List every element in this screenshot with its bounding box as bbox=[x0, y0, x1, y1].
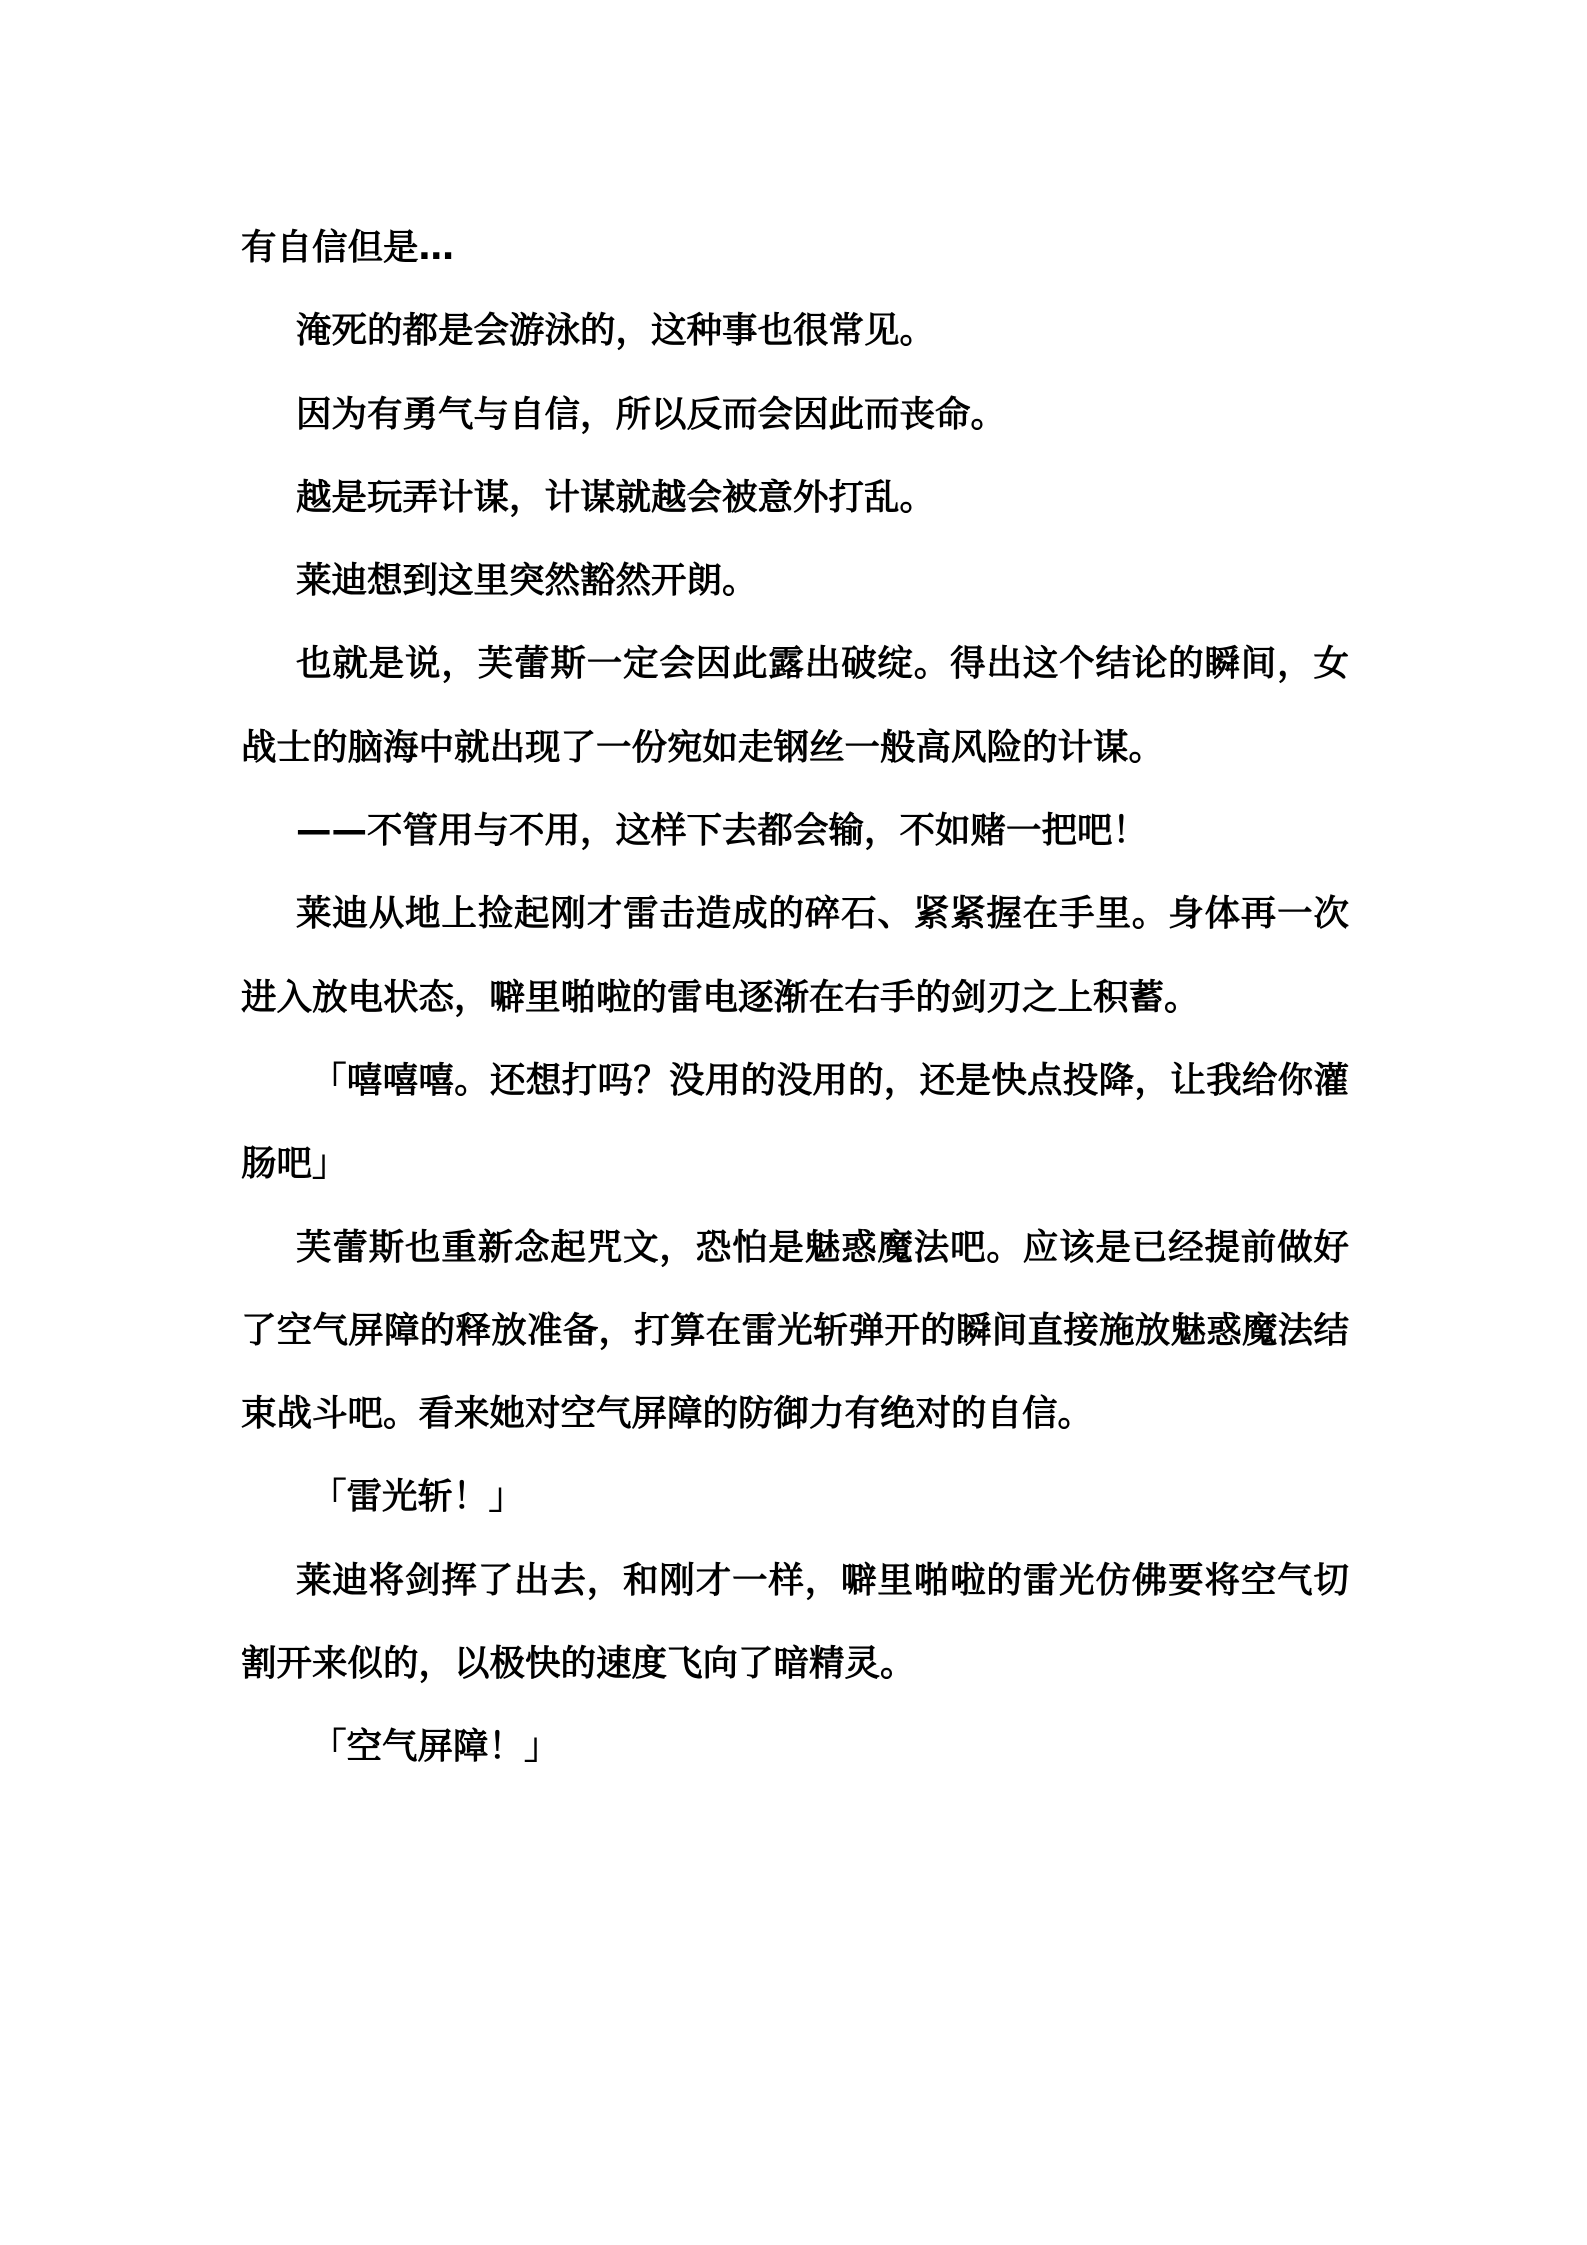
paragraph-continuation: 有自信但是… bbox=[241, 206, 1349, 289]
paragraph: 越是玩弄计谋，计谋就越会被意外打乱。 bbox=[241, 456, 1349, 539]
paragraph: 莱迪将剑挥了出去，和刚才一样，噼里啪啦的雷光仿佛要将空气切割开来似的，以极快的速… bbox=[241, 1539, 1349, 1706]
dialogue-paragraph: 「嘻嘻嘻。还想打吗？没用的没用的，还是快点投降，让我给你灌肠吧」 bbox=[241, 1039, 1349, 1206]
paragraph: ——不管用与不用，这样下去都会输，不如赌一把吧！ bbox=[241, 789, 1349, 872]
paragraph: 也就是说，芙蕾斯一定会因此露出破绽。得出这个结论的瞬间，女战士的脑海中就出现了一… bbox=[241, 622, 1349, 789]
dialogue-paragraph: 「空气屏障！」 bbox=[241, 1705, 1349, 1788]
document-page: 有自信但是… 淹死的都是会游泳的，这种事也很常见。 因为有勇气与自信，所以反而会… bbox=[241, 206, 1349, 1789]
paragraph: 莱迪从地上捡起刚才雷击造成的碎石、紧紧握在手里。身体再一次进入放电状态，噼里啪啦… bbox=[241, 872, 1349, 1039]
dialogue-paragraph: 「雷光斩！」 bbox=[241, 1455, 1349, 1538]
paragraph: 芙蕾斯也重新念起咒文，恐怕是魅惑魔法吧。应该是已经提前做好了空气屏障的释放准备，… bbox=[241, 1206, 1349, 1456]
paragraph: 莱迪想到这里突然豁然开朗。 bbox=[241, 539, 1349, 622]
paragraph: 因为有勇气与自信，所以反而会因此而丧命。 bbox=[241, 373, 1349, 456]
paragraph: 淹死的都是会游泳的，这种事也很常见。 bbox=[241, 289, 1349, 372]
